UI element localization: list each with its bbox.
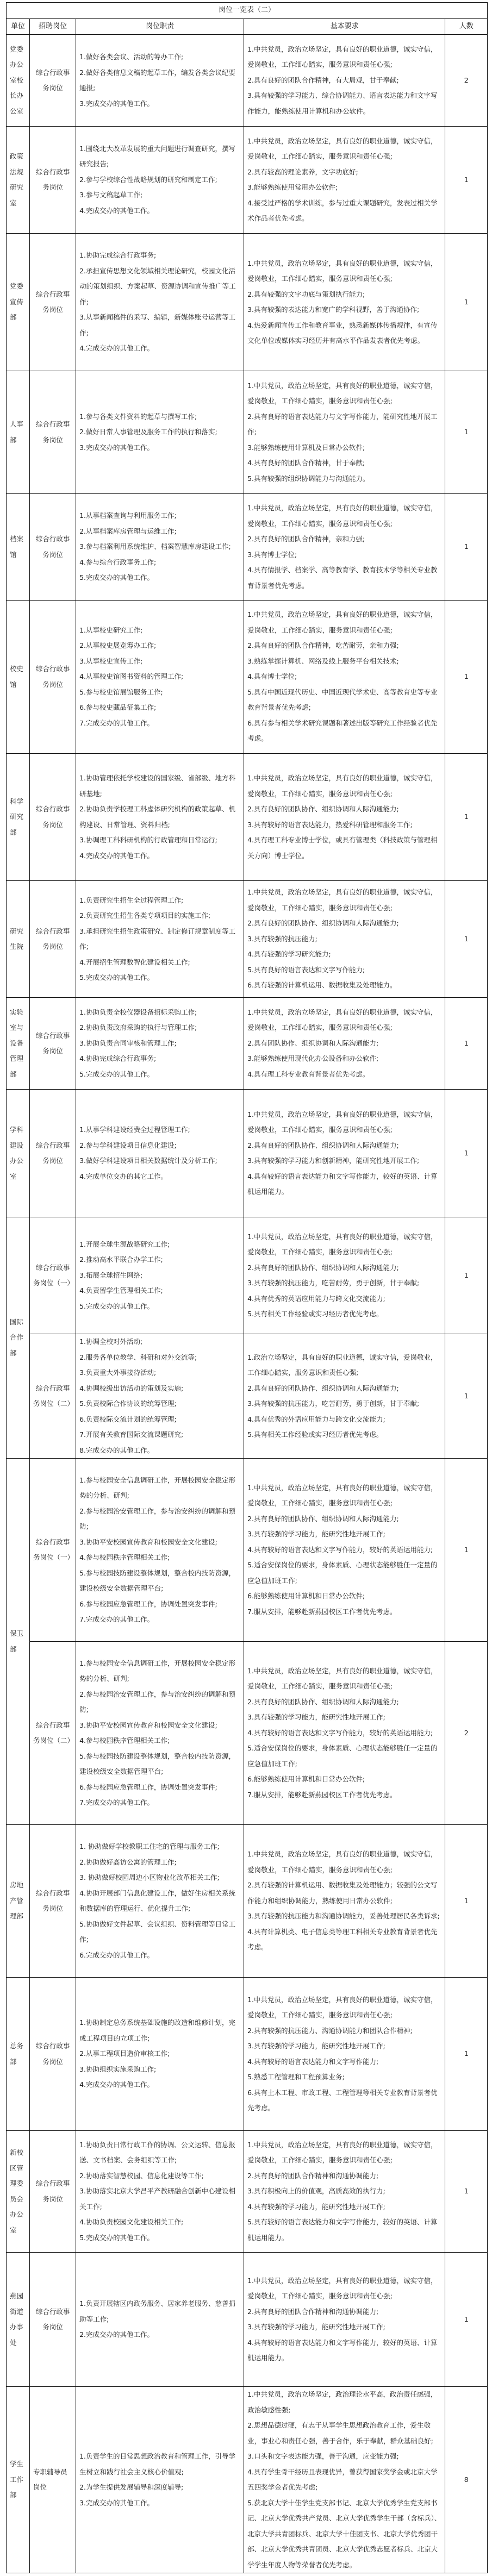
duties-cell: 1.协助完成综合行政事务;2.承担宣传思想文化领域相关理论研究，校园文化活动的策…	[76, 234, 244, 371]
position-cell: 综合行政事务岗位	[30, 1825, 76, 1978]
requirement-item: 1.中共党员，政治立场坚定，具有良好的职业道德，诚实守信，爱岗敬业，工作细心踏实…	[247, 885, 441, 916]
duties-cell: 1.从事档案查询与利用服务工作;2.从事档案库房管理与运维工作;3.参与档案利用…	[76, 494, 244, 601]
headcount-cell: 1	[445, 998, 488, 1090]
position-cell: 综合行政事务岗位	[30, 2253, 76, 2387]
position-cell: 综合行政事务岗位	[30, 2131, 76, 2253]
requirements-cell: 1.中共党员，政治立场坚定，具有良好的职业道德，诚实守信，爱岗敬业，工作细心踏实…	[244, 881, 445, 998]
table-row: 新校区管理委员会办公室综合行政事务岗位1.协助负责日常行政工作的协调、公文运转、…	[7, 2131, 488, 2253]
duty-item: 4.完成交办的其他工作。	[79, 848, 240, 864]
table-row: 保卫部综合行政事务岗位（一）1.参与校园安全信息调研工作，开展校园安全稳定形势的…	[7, 1459, 488, 1642]
requirement-item: 5.具有良好的语言表达和文字写作能力;	[247, 962, 441, 978]
duty-item: 6.参与校园应急管理工作，协调处置突发事件;	[79, 1597, 240, 1612]
duty-item: 1.负责学生的日常思想政治教育和管理工作，引导学生树立和践行社会主义核心价值观;	[79, 2449, 240, 2480]
duty-item: 3.承担研究生招生政策研究、制定修订规章制度等工作;	[79, 924, 240, 955]
requirement-item: 1.中共党员，政治立场坚定，具有良好的职业道德，诚实守信，爱岗敬业，工作细心踏实…	[247, 1229, 441, 1260]
duty-item: 6.完成交办的其他工作。	[79, 1948, 240, 1964]
duty-item: 2.协助做好高访公寓的管理工作;	[79, 1855, 240, 1871]
requirement-item: 2.具有良好的团队协作、组织协调和人际沟通能力;	[247, 1511, 441, 1527]
requirement-item: 3.具有较强的抗压能力;	[247, 931, 441, 947]
unit-cell: 新校区管理委员会办公室	[7, 2131, 30, 2253]
requirement-item: 4.具有优秀的英语应用能力与跨文化交流能力;	[247, 1291, 441, 1307]
position-cell: 综合行政事务岗位	[30, 371, 76, 494]
duty-item: 1.负责开展辖区内政务服务、居家养老服务、慈善捐助等工作;	[79, 2296, 240, 2327]
requirement-item: 2.思想品德过硬，有志于从事学生思想政治教育工作，爱生敬业，事业心和责任心强，善…	[247, 2418, 441, 2449]
requirement-item: 3.具有较强的学习能力，能研究性地开展工作;	[247, 2319, 441, 2335]
duty-item: 4.协助负责校园文化建设相关工作;	[79, 2215, 240, 2230]
unit-cell: 总务部	[7, 1978, 30, 2131]
requirement-item: 4.具有情报学、档案学、高等教育学、教育技术学等相关专业教育背景者优先考虑。	[247, 562, 441, 593]
requirement-item: 5.适合安保岗位的要求，身体素质、心理状态能够胜任一定量的应急值加班工作;	[247, 1741, 441, 1772]
position-cell: 综合行政事务岗位	[30, 1978, 76, 2131]
requirement-item: 5.具有较好的语言表达能力和文字写作能力，较好的英语、计算机运用能力。	[247, 2215, 441, 2246]
requirements-cell: 1.中共党员，政治立场坚定，具有良好的职业道德，诚实守信，爱岗敬业，工作细心踏实…	[244, 234, 445, 371]
duties-cell: 1.负责学生的日常思想政治教育和管理工作，引导学生树立和践行社会主义核心价值观;…	[76, 2387, 244, 2573]
requirement-item: 4.接受过严格的学术训练，参与过重大课题研究，发表过相关学术作品者优先考虑。	[247, 196, 441, 227]
requirement-item: 3.具有较强的抗压能力，吃苦耐劳，勇于创新，甘于奉献;	[247, 1396, 441, 1412]
requirement-item: 5.具有相关工作经验或实习经历者优先考虑。	[247, 1427, 441, 1443]
headcount-cell: 1	[445, 494, 488, 601]
requirements-cell: 1.中共党员，政治立场坚定，具有良好的职业道德，诚实守信，爱岗敬业，工作细心踏实…	[244, 1217, 445, 1334]
requirements-cell: 1.中共党员，政治立场坚定，具有良好的职业道德，诚实守信，爱岗敬业，工作细心踏实…	[244, 35, 445, 127]
unit-cell: 保卫部	[7, 1459, 30, 1825]
duty-item: 5.完成交办的其他工作。	[79, 1299, 240, 1315]
duty-item: 3.完成交办的其他工作。	[79, 2496, 240, 2511]
requirement-item: 1.中共党员，政治立场坚定，具有良好的职业道德，诚实守信，爱岗敬业，工作细心踏实…	[247, 1005, 441, 1036]
headcount-cell: 1	[445, 371, 488, 494]
requirement-item: 1.中共党员，政治立场坚定，具有良好的职业道德，诚实守信，爱岗敬业，工作细心踏实…	[247, 607, 441, 638]
duty-item: 1.参与校园安全信息调研工作，开展校园安全稳定形势的分析、研判;	[79, 1473, 240, 1504]
requirements-cell: 1.政治立场坚定，具有良好的职业道德，诚实守信，爱岗敬业，工作细心踏实，服务意识…	[244, 1334, 445, 1459]
requirement-item: 7.服从安排，能够赴新燕园校区工作者优先考虑。	[247, 1787, 441, 1803]
requirement-item: 5.适合安保岗位的要求，身体素质、心理状态能够胜任一定量的应急值加班工作;	[247, 1558, 441, 1589]
header-requirements: 基本要求	[244, 18, 445, 35]
table-row: 综合行政事务岗位（二）1.参与校园安全信息调研工作，开展校园安全稳定形势的分析、…	[7, 1642, 488, 1825]
table-row: 档案馆综合行政事务岗位1.从事档案查询与利用服务工作;2.从事档案库房管理与运维…	[7, 494, 488, 601]
duty-item: 5.完成交办的其他工作。	[79, 570, 240, 586]
duty-item: 3.协助负责合同审核和管理工作;	[79, 1036, 240, 1052]
duty-item: 5.负责校际合作协议的统筹管理;	[79, 1396, 240, 1412]
requirement-item: 5.具有较强的组织协调能力与沟通能力。	[247, 471, 441, 487]
duty-item: 5.完成交办的其他工作。	[79, 970, 240, 986]
table-title: 岗位一览表（二）	[7, 3, 488, 19]
duty-item: 1.协助制定总务系统基础设施的改造和维修计划，完成工程项目的立项工作;	[79, 2015, 240, 2046]
requirement-item: 2.具有良好的团队协作、组织协调和人际沟通能力;	[247, 1695, 441, 1710]
duty-item: 4.协助完成综合行政事务;	[79, 1051, 240, 1067]
position-cell: 综合行政事务岗位	[30, 127, 76, 234]
duties-cell: 1.围绕北大改革发展的重大问题进行调查研究，撰写研究报告;2.参与学校综合性战略…	[76, 127, 244, 234]
duty-item: 5.参与校史馆展馆服务工作;	[79, 685, 240, 701]
requirement-item: 3.能够熟练使用现代化办公设备和办公软件;	[247, 1051, 441, 1067]
requirement-item: 3.具有较强的学习能力，能研究性地开展工作;	[247, 1527, 441, 1542]
duty-item: 3.协调理工科科研机构的行政管理和日常运行;	[79, 833, 240, 848]
requirement-item: 3.熟练掌握计算机、网络及线上服务平台相关技术;	[247, 654, 441, 670]
duty-item: 5.协助做好文件起草、会议组织、资料管理等日常工作;	[79, 1917, 240, 1948]
table-row: 校史馆综合行政事务岗位1.从事校史研究工作;2.从事校史展览筹办工作;3.从事校…	[7, 601, 488, 754]
requirement-item: 2.具有较强的计算机运用、数据收集及处理能力；较强的公文写作能力和组织协调能力，…	[247, 1878, 441, 1909]
unit-cell: 政策法规研究室	[7, 127, 30, 234]
requirement-item: 6.具有参与相关学术研究课题和著述出版等研究工作经验者优先考虑。	[247, 716, 441, 747]
requirement-item: 4.具有较好的语言表达能力和文字写作能力;	[247, 2054, 441, 2070]
unit-cell: 学生工作部	[7, 2387, 30, 2573]
duty-item: 4.参与综合行政事务工作;	[79, 555, 240, 571]
table-row: 综合行政事务岗位（二）1.协调全校对外活动;2.服务各单位教学、科研和对外交流等…	[7, 1334, 488, 1459]
duty-item: 4.协助开展部门信息化建设工作，做好住房相关系统和数据库的管理运行、优化提升工作…	[79, 1886, 240, 1917]
requirement-item: 4.具有较好的语言表达和文字写作能力，较好的英语运用能力;	[247, 1725, 441, 1741]
position-cell: 综合行政事务岗位（二）	[30, 1642, 76, 1825]
unit-cell: 档案馆	[7, 494, 30, 601]
duty-item: 2.做好日常人事管理及服务工作的执行和落实;	[79, 424, 240, 440]
duty-item: 6.参与校史藏品征集工作;	[79, 700, 240, 716]
header-count: 人数	[445, 18, 488, 35]
unit-cell: 房地产管理部	[7, 1825, 30, 1978]
requirements-cell: 1.中共党员，政治立场坚定，具有良好的职业道德，诚实守信，爱岗敬业，工作细心踏实…	[244, 1642, 445, 1825]
positions-table: 岗位一览表（二） 单位 招聘岗位 岗位职责 基本要求 人数 党委办公室校长办公室…	[6, 2, 488, 2573]
requirement-item: 4.热爱新闻宣传工作和教育事业，熟悉新媒体传播规律，有宣传文化单位或媒体实习经历…	[247, 318, 441, 349]
headcount-cell: 2	[445, 1642, 488, 1825]
position-cell: 专职辅导员岗位	[30, 2387, 76, 2573]
requirement-item: 4.具有较强的学习研究能力;	[247, 947, 441, 962]
requirement-item: 1.中共党员，政治立场坚定，具有良好的职业道德，诚实守信，爱岗敬业，工作细心踏实…	[247, 134, 441, 165]
unit-cell: 党委办公室校长办公室	[7, 35, 30, 127]
header-unit: 单位	[7, 18, 30, 35]
requirement-item: 2.具有良好的团队协作、组织协调和人际沟通能力;	[247, 802, 441, 817]
requirement-item: 1.政治立场坚定，具有良好的职业道德，诚实守信，爱岗敬业，工作细心踏实，服务意识…	[247, 1350, 441, 1381]
unit-cell: 校史馆	[7, 601, 30, 754]
headcount-cell: 1	[445, 127, 488, 234]
requirement-item: 3.具有较强的学习能力、综合协调能力、语言表达能力和文字写作能力，能熟练使用计算…	[247, 88, 441, 119]
headcount-cell: 1	[445, 601, 488, 754]
headcount-cell: 8	[445, 2387, 488, 2573]
requirement-item: 1.中共党员，政治立场坚定，政治理论水平高，政治责任感强，政治敏感性强;	[247, 2387, 441, 2418]
requirement-item: 3.口头和文字表达能力强，善于沟通，应变能力强;	[247, 2449, 441, 2465]
duties-cell: 1.做好各类会议、活动的筹办工作;2.做好各类信息文稿的起草工作，编发各类会议纪…	[76, 35, 244, 127]
duties-cell: 1.协助制定总务系统基础设施的改造和维修计划，完成工程项目的立项工作;2.从事工…	[76, 1978, 244, 2131]
duty-item: 2.协助负责政府采购的执行与管理工作;	[79, 1020, 240, 1036]
duty-item: 3.协助平安校园宣传教育和校园安全文化建设;	[79, 1718, 240, 1734]
requirements-cell: 1.中共党员，政治立场坚定，具有良好的职业道德，诚实守信，爱岗敬业，工作细心踏实…	[244, 2253, 445, 2387]
duty-item: 3.负责重大外事接待活动;	[79, 1365, 240, 1381]
duty-item: 1.从事档案查询与利用服务工作;	[79, 508, 240, 524]
duties-cell: 1. 协助做好学校教职工住宅的管理与服务工作;2.协助做好高访公寓的管理工作;3…	[76, 1825, 244, 1978]
requirement-item: 1.中共党员，政治立场坚定，具有良好的职业道德，诚实守信，爱岗敬业，工作细心踏实…	[247, 1847, 441, 1878]
duties-cell: 1.从事学科建设经费全过程管理工作;2.参与学科建设项目信息化建设;3.做好学科…	[76, 1090, 244, 1217]
duty-item: 1.协助负责日常行政工作的协调、公文运转、信息报送、文书档案、会务组织等工作;	[79, 2137, 240, 2168]
duty-item: 1.参与校园安全信息调研工作，开展校园安全稳定形势的分析、研判;	[79, 1656, 240, 1687]
position-cell: 综合行政事务岗位（一）	[30, 1459, 76, 1642]
duties-cell: 1.参与校园安全信息调研工作，开展校园安全稳定形势的分析、研判;2.参与校园治安…	[76, 1459, 244, 1642]
requirement-item: 1.中共党员，政治立场坚定，具有良好的职业道德，诚实守信，爱岗敬业，工作细心踏实…	[247, 501, 441, 532]
unit-cell: 燕园街道办事处	[7, 2253, 30, 2387]
duty-item: 2.从事校史展览筹办工作;	[79, 638, 240, 654]
requirement-item: 1.中共党员，政治立场坚定，具有良好的职业道德，诚实守信，爱岗敬业，工作细心踏实…	[247, 378, 441, 409]
headcount-cell: 2	[445, 35, 488, 127]
duty-item: 1.协调全校对外活动;	[79, 1334, 240, 1350]
requirement-item: 1.中共党员，政治立场坚定，具有良好的职业道德，诚实守信，爱岗敬业，工作细心踏实…	[247, 2137, 441, 2168]
header-position: 招聘岗位	[30, 18, 76, 35]
duty-item: 3.拓展全球招生网络;	[79, 1268, 240, 1284]
table-row: 燕园街道办事处综合行政事务岗位1.负责开展辖区内政务服务、居家养老服务、慈善捐助…	[7, 2253, 488, 2387]
duty-item: 1.开展全球生源战略研究工作;	[79, 1237, 240, 1253]
duty-item: 5.完成交办的其他工作。	[79, 1067, 240, 1083]
duty-item: 5.参与校园技防建设整体规划，整合校内技防资源，建设校级安全数据管理平台;	[79, 1566, 240, 1597]
requirements-cell: 1.中共党员，政治立场坚定，具有良好的职业道德，诚实守信，爱岗敬业，工作细心踏实…	[244, 494, 445, 601]
requirements-cell: 1.中共党员，政治立场坚定，具有良好的职业道德，诚实守信，爱岗敬业，工作细心踏实…	[244, 1090, 445, 1217]
duties-cell: 1.开展全球生源战略研究工作;2.推动高水平联合办学工作;3.拓展全球招生网络;…	[76, 1217, 244, 1334]
requirement-item: 1.中共党员，政治立场坚定，具有良好的职业道德，诚实守信，爱岗敬业，工作细心踏实…	[247, 1664, 441, 1695]
duty-item: 4.完成交办的其他工作。	[79, 341, 240, 357]
duty-item: 2.参与学科建设项目信息化建设;	[79, 1138, 240, 1154]
duty-item: 7.完成交办的其他工作。	[79, 1795, 240, 1811]
duty-item: 5.参与校园技防建设整体规划，整合校内技防资源，建设校级安全数据管理平台;	[79, 1749, 240, 1780]
requirement-item: 3.能够熟练使用常用办公软件;	[247, 180, 441, 196]
duty-item: 2.参与学校综合性战略规划的研究和制定工作;	[79, 172, 240, 188]
table-row: 政策法规研究室综合行政事务岗位1.围绕北大改革发展的重大问题进行调查研究，撰写研…	[7, 127, 488, 234]
duty-item: 6.负责校际交流计划的统筹管理;	[79, 1412, 240, 1428]
duties-cell: 1.协助负责日常行政工作的协调、公文运转、信息报送、文书档案、会务组织等工作;2…	[76, 2131, 244, 2253]
duty-item: 2.负责研究生招生各类专项项目的实施工作;	[79, 908, 240, 924]
duty-item: 2.从事档案库房管理与运维工作;	[79, 524, 240, 540]
unit-cell: 党委宣传部	[7, 234, 30, 371]
position-cell: 综合行政事务岗位（一）	[30, 1217, 76, 1334]
duty-item: 1.参与各类文件资料的起草与撰写工作;	[79, 409, 240, 425]
requirement-item: 2.具有良好的语言表达能力与文字写作能力，能研究性地开展工作;	[247, 409, 441, 440]
position-cell: 综合行政事务岗位	[30, 234, 76, 371]
requirement-item: 6.具有土木工程、市政工程、工程管理等相关专业教育背景者优先考虑。	[247, 2085, 441, 2116]
requirements-cell: 1.中共党员，政治立场坚定，政治理论水平高，政治责任感强，政治敏感性强;2.思想…	[244, 2387, 445, 2573]
duty-item: 3.参与档案利用系统维护、档案智慧库房建设工作;	[79, 539, 240, 555]
requirement-item: 2.具有较高的理论素养，文字功底好;	[247, 165, 441, 180]
requirement-item: 2.具有良好的团队合作精神，吃苦耐劳，亲和力强;	[247, 638, 441, 654]
headcount-cell: 1	[445, 1334, 488, 1459]
table-body: 党委办公室校长办公室综合行政事务岗位1.做好各类会议、活动的筹办工作;2.做好各…	[7, 35, 488, 2573]
duty-item: 7.完成交办的其他工作。	[79, 716, 240, 731]
duty-item: 2.协助落实智慧校园、信息化建设等工作;	[79, 2168, 240, 2184]
requirements-cell: 1.中共党员，政治立场坚定，具有良好的职业道德，诚实守信，爱岗敬业，工作细心踏实…	[244, 1978, 445, 2131]
requirement-item: 4.具有计算机类、电子信息类等理工科相关专业教育背景者优先考虑。	[247, 1924, 441, 1955]
duty-item: 3.完成交办的其他工作。	[79, 440, 240, 456]
duty-item: 2.协助负责学校理工科虚体研究机构的政策起草、机构建设、日常管理、资料归档;	[79, 802, 240, 833]
requirements-cell: 1.中共党员，政治立场坚定，具有良好的职业道德，诚实守信，爱岗敬业，工作细心踏实…	[244, 998, 445, 1090]
requirements-cell: 1.中共党员，政治立场坚定，具有良好的职业道德，诚实守信，爱岗敬业，工作细心踏实…	[244, 1459, 445, 1642]
position-cell: 综合行政事务岗位	[30, 1090, 76, 1217]
position-cell: 综合行政事务岗位（二）	[30, 1334, 76, 1459]
position-cell: 综合行政事务岗位	[30, 881, 76, 998]
headcount-cell: 1	[445, 1090, 488, 1217]
duties-cell: 1.从事校史研究工作;2.从事校史展览筹办工作;3.从事校史宣传工作;4.从事校…	[76, 601, 244, 754]
position-cell: 综合行政事务岗位	[30, 601, 76, 754]
headcount-cell: 1	[445, 1825, 488, 1978]
duty-item: 4.开展招生管理数智化建设相关工作;	[79, 955, 240, 971]
unit-cell: 研究生院	[7, 881, 30, 998]
duty-item: 3. 协助做好校园周边小区物业化改革相关工作;	[79, 1870, 240, 1886]
duty-item: 3.做好学科建设项目相关数据统计及分析工作;	[79, 1153, 240, 1169]
requirement-item: 4.具有学生骨干经历且表现优异，曾获得国家奖学金或北京大学五四奖学金者优先考虑;	[247, 2465, 441, 2496]
requirement-item: 4.具有较强的学习能力，能研究性地开展工作;	[247, 2199, 441, 2215]
requirement-item: 7.服从安排，能够赴新燕园校区工作者优先考虑。	[247, 1604, 441, 1620]
duty-item: 4.参与校园秩序管理相关工作;	[79, 1550, 240, 1566]
requirement-item: 2.具有良好的团队合作精神，亲和力强;	[247, 532, 441, 547]
duty-item: 2.从事工程项目造价审核工作;	[79, 2046, 240, 2062]
requirements-cell: 1.中共党员，政治立场坚定，具有良好的职业道德，诚实守信，爱岗敬业，工作细心踏实…	[244, 2131, 445, 2253]
duty-item: 4.完成交办的其他工作。	[79, 203, 240, 219]
requirement-item: 5.熟悉工程管理和工程预算业务;	[247, 2069, 441, 2085]
duty-item: 2.承担宣传思想文化领域相关理论研究，校园文化活动的策划组织、方案起草、资源协调…	[79, 264, 240, 310]
duty-item: 2.为学生提供发展辅导和深度辅导;	[79, 2480, 240, 2496]
requirement-item: 3.具有较强的学习能力和创新精神，能研究性地开展工作;	[247, 1153, 441, 1169]
requirement-item: 1.中共党员，政治立场坚定，具有良好的职业道德，诚实守信，爱岗敬业，工作细心踏实…	[247, 1992, 441, 2023]
requirements-cell: 1.中共党员，政治立场坚定，具有良好的职业道德，诚实守信，爱岗敬业，工作细心踏实…	[244, 601, 445, 754]
requirement-item: 2.具有良好的团队协作、组织协调和人际沟通能力;	[247, 916, 441, 931]
requirement-item: 4.具有理工科专业博士学位，或具有管理类（科技政策与管理相关方向）博士学位。	[247, 833, 441, 864]
requirement-item: 2.具有团队协作、组织协调和人际沟通能力;	[247, 1036, 441, 1052]
duty-item: 7.开展有关教育国际交流课题研究;	[79, 1427, 240, 1443]
duty-item: 1. 协助做好学校教职工住宅的管理与服务工作;	[79, 1839, 240, 1855]
duty-item: 1.负责研究生招生全过程管理工作;	[79, 893, 240, 909]
duty-item: 1.围绕北大改革发展的重大问题进行调查研究，撰写研究报告;	[79, 141, 240, 172]
table-row: 实验室与设备管理部综合行政事务岗位1.协助负责全校仪器设备招标采购工作;2.协助…	[7, 998, 488, 1090]
headcount-cell: 1	[445, 754, 488, 881]
duties-cell: 1.参与各类文件资料的起草与撰写工作;2.做好日常人事管理及服务工作的执行和落实…	[76, 371, 244, 494]
duty-item: 4.完成交办的其他工作。	[79, 2077, 240, 2093]
duty-item: 2.完成交办的其他工作。	[79, 2327, 240, 2343]
requirement-item: 2.具有良好的团队协作、组织协调和人际沟通能力;	[247, 1138, 441, 1154]
headcount-cell: 1	[445, 1217, 488, 1334]
table-row: 人事部综合行政事务岗位1.参与各类文件资料的起草与撰写工作;2.做好日常人事管理…	[7, 371, 488, 494]
duty-item: 1.做好各类会议、活动的筹办工作;	[79, 49, 240, 65]
duties-cell: 1.负责研究生招生全过程管理工作;2.负责研究生招生各类专项项目的实施工作;3.…	[76, 881, 244, 998]
duties-cell: 1.参与校园安全信息调研工作，开展校园安全稳定形势的分析、研判;2.参与校园治安…	[76, 1642, 244, 1825]
duty-item: 6.参与校园应急管理工作，协调处置突发事件;	[79, 1780, 240, 1796]
duty-item: 7.完成交办的其他工作。	[79, 1612, 240, 1628]
headcount-cell: 1	[445, 234, 488, 371]
duties-cell: 1.协助负责全校仪器设备招标采购工作;2.协助负责政府采购的执行与管理工作;3.…	[76, 998, 244, 1090]
requirement-item: 3.具有较强的抗压能力和沟通协调能力，妥善处理居民各类诉求;	[247, 1909, 441, 1924]
table-row: 科学研究部综合行政事务岗位1.协助管理依托学校建设的国家级、省部级、地方科研基地…	[7, 754, 488, 881]
requirement-item: 6.能够熟练使用计算机和日常办公软件;	[247, 1589, 441, 1604]
duty-item: 3.从事新闻稿件的采写、编辑，新媒体账号运营等工作;	[79, 310, 240, 341]
position-cell: 综合行政事务岗位	[30, 754, 76, 881]
table-row: 总务部综合行政事务岗位1.协助制定总务系统基础设施的改造和维修计划，完成工程项目…	[7, 1978, 488, 2131]
requirement-item: 3.具有博士学位;	[247, 547, 441, 563]
requirement-item: 3.具有较好的语言表达能力，热爱科研管理和服务工作;	[247, 817, 441, 833]
requirement-item: 5.获北京大学十佳学生党支部书记、北京大学优秀学生党支部书记、北京大学优秀共产党…	[247, 2496, 441, 2573]
requirement-item: 1.中共党员，政治立场坚定，具有良好的职业道德，诚实守信，爱岗敬业，工作细心踏实…	[247, 2273, 441, 2304]
requirement-item: 5.具有相关工作经验或实习经历者优先考虑。	[247, 1306, 441, 1322]
duty-item: 5.完成交办的其他工作。	[79, 2230, 240, 2246]
requirement-item: 1.中共党员，政治立场坚定，具有良好的职业道德，诚实守信，爱岗敬业，工作细心踏实…	[247, 771, 441, 802]
headcount-cell: 1	[445, 881, 488, 998]
requirements-cell: 1.中共党员，政治立场坚定，具有良好的职业道德，诚实守信，爱岗敬业，工作细心踏实…	[244, 1825, 445, 1978]
duty-item: 1.协助管理依托学校建设的国家级、省部级、地方科研基地;	[79, 771, 240, 802]
requirements-cell: 1.中共党员，政治立场坚定，具有良好的职业道德，诚实守信，爱岗敬业，工作细心踏实…	[244, 371, 445, 494]
requirement-item: 4.具有良好的团队合作精神，甘于奉献;	[247, 455, 441, 471]
duty-item: 4.参与校园秩序管理相关工作;	[79, 1733, 240, 1749]
duty-item: 4.从事校史馆图书资料的管理工作;	[79, 669, 240, 685]
requirement-item: 6.具有较强的计算机运用、数据收集及处理能力。	[247, 978, 441, 993]
requirement-item: 3.具有较强的抗压能力，吃苦耐劳，勇于创新，甘于奉献;	[247, 1276, 441, 1291]
requirement-item: 5.具有中国近现代历史、中国近现代学术史、高等教育史等专业教育背景者优先考虑;	[247, 685, 441, 716]
unit-cell: 实验室与设备管理部	[7, 998, 30, 1090]
header-duties: 岗位职责	[76, 18, 244, 35]
requirement-item: 3.具有积极向上的价值观，高质高效的执行力;	[247, 2184, 441, 2199]
requirement-item: 3.具有较强的学习能力，能研究性地开展工作;	[247, 2039, 441, 2054]
position-cell: 综合行政事务岗位	[30, 35, 76, 127]
duty-item: 3.参与文稿起草工作;	[79, 187, 240, 203]
requirement-item: 1.中共党员，政治立场坚定，具有良好的职业道德，诚实守信，爱岗敬业，工作细心踏实…	[247, 42, 441, 73]
duty-item: 3.完成交办的其他工作。	[79, 96, 240, 112]
table-row: 学科建设办公室综合行政事务岗位1.从事学科建设经费全过程管理工作;2.参与学科建…	[7, 1090, 488, 1217]
requirement-item: 3.能够熟练使用计算机及日常办公软件;	[247, 440, 441, 456]
duty-item: 3.协助组织实施采购工作;	[79, 2062, 240, 2078]
position-cell: 综合行政事务岗位	[30, 494, 76, 601]
headcount-cell: 1	[445, 1459, 488, 1642]
requirement-item: 2.具有良好的团队合作精神和沟通协调能力;	[247, 2168, 441, 2184]
duty-item: 4.负责留学生管理相关工作;	[79, 1283, 240, 1299]
duty-item: 2.做好各类信息文稿的起草工作，编发各类会议纪要通报;	[79, 65, 240, 96]
requirements-cell: 1.中共党员，政治立场坚定，具有良好的职业道德，诚实守信，爱岗敬业，工作细心踏实…	[244, 754, 445, 881]
requirement-item: 2.具有良好的团队合作精神和沟通协调能力;	[247, 2304, 441, 2320]
requirement-item: 1.中共党员，政治立场坚定，具有良好的职业道德，诚实守信，爱岗敬业，工作细心踏实…	[247, 1480, 441, 1511]
duty-item: 4.协调校级出访活动的策划及实施;	[79, 1381, 240, 1397]
unit-cell: 科学研究部	[7, 754, 30, 881]
table-row: 党委办公室校长办公室综合行政事务岗位1.做好各类会议、活动的筹办工作;2.做好各…	[7, 35, 488, 127]
duty-item: 2.推动高水平联合办学工作;	[79, 1252, 240, 1268]
requirements-cell: 1.中共党员，政治立场坚定，具有良好的职业道德，诚实守信，爱岗敬业，工作细心踏实…	[244, 127, 445, 234]
duty-item: 1.协助负责全校仪器设备招标采购工作;	[79, 1005, 240, 1021]
requirement-item: 2.具有较强的文字功底与策划执行能力;	[247, 287, 441, 303]
duty-item: 4.完成单位交办的其它工作。	[79, 1169, 240, 1185]
requirement-item: 2.具有良好的团队协作、组织协调和人际沟通能力;	[247, 1260, 441, 1276]
requirement-item: 4.具有较好的语言表达能力和文字写作能力，较好的英语、计算机运用能力。	[247, 1169, 441, 1200]
requirement-item: 4.具有理工科专业教育背景者优先考虑。	[247, 1067, 441, 1083]
requirement-item: 4.具有较好的语言表达能力和文字写作能力，较好的英语、计算机运用能力。	[247, 2335, 441, 2366]
requirement-item: 1.中共党员，政治立场坚定，具有良好的职业道德，诚实守信，爱岗敬业，工作细心踏实…	[247, 1107, 441, 1138]
duty-item: 1.从事学科建设经费全过程管理工作;	[79, 1122, 240, 1138]
unit-cell: 学科建设办公室	[7, 1090, 30, 1217]
position-cell: 综合行政事务岗位	[30, 998, 76, 1090]
requirement-item: 4.具有博士学位;	[247, 669, 441, 685]
requirement-item: 3.具有较强的学习能力，能研究性地开展工作;	[247, 1710, 441, 1725]
requirement-item: 6.能够熟练使用计算机和日常办公软件;	[247, 1772, 441, 1787]
duty-item: 3.从事校史宣传工作;	[79, 654, 240, 670]
duty-item: 2.参与校园治安管理工作，参与治安纠纷的调解和预防;	[79, 1687, 240, 1718]
requirement-item: 4.具有优秀的外语应用能力与跨文化交流能力;	[247, 1412, 441, 1428]
requirement-item: 2.具有良好的团队合作精神，有大局观，甘于奉献;	[247, 73, 441, 89]
unit-cell: 人事部	[7, 371, 30, 494]
table-row: 党委宣传部综合行政事务岗位1.协助完成综合行政事务;2.承担宣传思想文化领域相关…	[7, 234, 488, 371]
requirement-item: 2.具有较强的抗压能力、沟通协调能力和团队合作精神;	[247, 2023, 441, 2039]
table-row: 研究生院综合行政事务岗位1.负责研究生招生全过程管理工作;2.负责研究生招生各类…	[7, 881, 488, 998]
requirement-item: 4.具有较好的语言表达和文字写作能力，较好的英语运用能力;	[247, 1542, 441, 1558]
table-row: 房地产管理部综合行政事务岗位1. 协助做好学校教职工住宅的管理与服务工作;2.协…	[7, 1825, 488, 1978]
headcount-cell: 1	[445, 2131, 488, 2253]
headcount-cell: 1	[445, 2253, 488, 2387]
duty-item: 2.参与校园治安管理工作，参与治安纠纷的调解和预防;	[79, 1504, 240, 1535]
duty-item: 8.完成交办的其他工作。	[79, 1443, 240, 1459]
duties-cell: 1.协助管理依托学校建设的国家级、省部级、地方科研基地;2.协助负责学校理工科虚…	[76, 754, 244, 881]
requirement-item: 3.具有较强的表达能力和宽广的学科视野，善于沟通协作;	[247, 302, 441, 318]
table-row: 学生工作部专职辅导员岗位1.负责学生的日常思想政治教育和管理工作，引导学生树立和…	[7, 2387, 488, 2573]
requirement-item: 1.中共党员，政治立场坚定，具有良好的职业道德，诚实守信，爱岗敬业，工作细心踏实…	[247, 256, 441, 287]
duties-cell: 1.协调全校对外活动;2.服务各单位教学、科研和对外交流等;3.负责重大外事接待…	[76, 1334, 244, 1459]
requirement-item: 2.具有良好的团队协作、组织协调和人际沟通能力;	[247, 1381, 441, 1397]
duty-item: 3.协助落实北京大学昌平产教研融合创新中心建设相关工作;	[79, 2184, 240, 2215]
duty-item: 3.协助平安校园宣传教育和校园安全文化建设;	[79, 1535, 240, 1550]
duties-cell: 1.负责开展辖区内政务服务、居家养老服务、慈善捐助等工作;2.完成交办的其他工作…	[76, 2253, 244, 2387]
duty-item: 1.从事校史研究工作;	[79, 623, 240, 639]
duty-item: 2.服务各单位教学、科研和对外交流等;	[79, 1350, 240, 1366]
headcount-cell: 1	[445, 1978, 488, 2131]
